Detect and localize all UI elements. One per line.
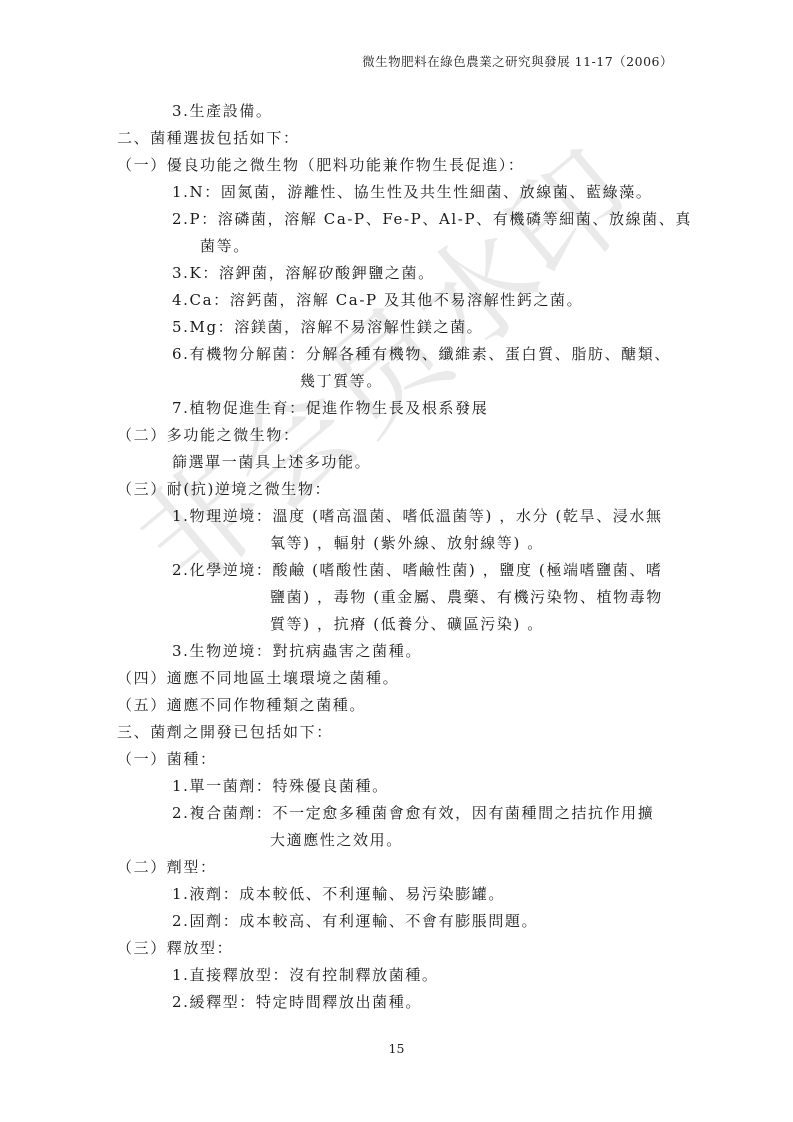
text-line: 6.有機物分解菌：分解各種有機物、纖維素、蛋白質、脂肪、醣類、 (172, 344, 671, 364)
text-line: 2.固劑：成本較高、有利運輸、不會有膨脹問題。 (172, 911, 538, 931)
text-line: 1.N：固氮菌，游離性、協生性及共生性細菌、放線菌、藍綠藻。 (172, 182, 652, 202)
text-line: 3.K：溶鉀菌，溶解矽酸鉀鹽之菌。 (172, 263, 435, 283)
text-line: 三、菌劑之開發已包括如下： (117, 722, 333, 742)
text-line: 5.Mg：溶鎂菌，溶解不易溶解性鎂之菌。 (172, 317, 483, 337)
text-line: 二、菌種選拔包括如下： (117, 128, 300, 148)
text-line: （一）優良功能之微生物（肥料功能兼作物生長促進）： (117, 155, 525, 175)
text-line: 2.化學逆境：酸鹼 (嗜酸性菌、嗜鹼性菌) ，鹽度 (極端嗜鹽菌、嗜 (172, 560, 663, 580)
page-number: 15 (0, 1041, 793, 1056)
text-line: 1.物理逆境：溫度 (嗜高溫菌、嗜低溫菌等) ，水分 (乾旱、浸水無 (172, 506, 663, 526)
running-header: 微生物肥料在綠色農業之研究與發展 11-17（2006） (362, 52, 673, 70)
text-line: 2.P：溶磷菌，溶解 Ca-P、Fe-P、Al-P、有機磷等細菌、放線菌、真 (172, 209, 692, 229)
text-line: 篩選單一菌具上述多功能。 (172, 452, 371, 472)
text-line: 2.緩釋型：特定時間釋放出菌種。 (172, 992, 422, 1012)
text-line: 1.單一菌劑：特殊優良菌種。 (172, 776, 389, 796)
text-line: （五）適應不同作物種類之菌種。 (117, 695, 366, 715)
text-line: 2.複合菌劑：不一定愈多種菌會愈有效，因有菌種間之拮抗作用擴 (172, 803, 654, 823)
text-line: （三）耐(抗)逆境之微生物： (117, 479, 331, 499)
text-line: 氧等) ，輻射 (紫外線、放射線等) 。 (270, 533, 544, 553)
text-line: 7.植物促進生育：促進作物生長及根系發展 (172, 398, 488, 418)
text-line: （三）釋放型： (117, 938, 233, 958)
text-line: 3.生產設備。 (172, 101, 273, 121)
text-line: （二）多功能之微生物： (117, 425, 300, 445)
text-line: （四）適應不同地區土壤環境之菌種。 (117, 668, 399, 688)
text-line: 4.Ca：溶鈣菌，溶解 Ca-P 及其他不易溶解性鈣之菌。 (172, 290, 583, 310)
text-line: 1.液劑：成本較低、不利運輸、易污染膨罐。 (172, 884, 505, 904)
text-line: 質等) ，抗瘠 (低養分、礦區污染) 。 (270, 614, 544, 634)
text-line: 1.直接釋放型：沒有控制釋放菌種。 (172, 965, 439, 985)
text-line: 3.生物逆境：對抗病蟲害之菌種。 (172, 641, 422, 661)
text-line: 菌等。 (200, 236, 250, 256)
text-line: （二）劑型： (117, 857, 217, 877)
text-line: 幾丁質等。 (300, 371, 383, 391)
text-line: （一）菌種： (117, 749, 217, 769)
text-line: 鹽菌) ，毒物 (重金屬、農藥、有機污染物、植物毒物 (270, 587, 663, 607)
text-line: 大適應性之效用。 (270, 830, 403, 850)
